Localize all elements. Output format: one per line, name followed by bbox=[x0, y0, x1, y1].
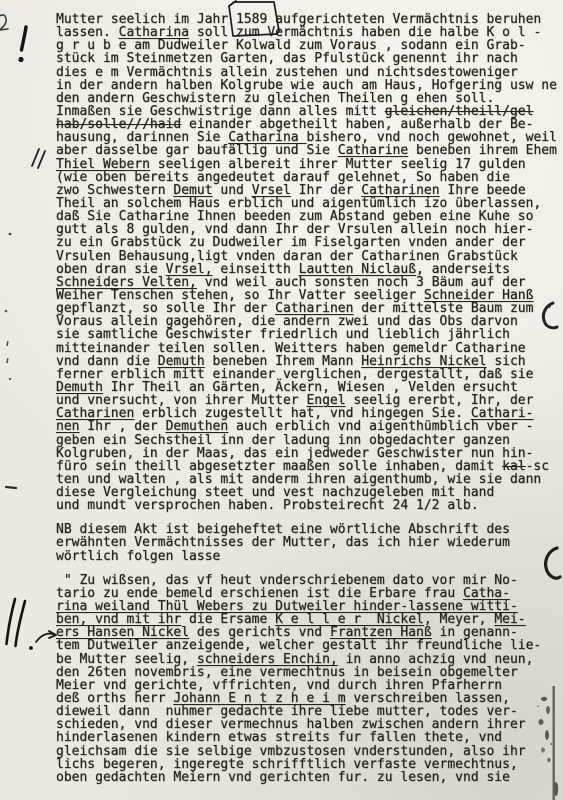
text-run: wörtlich folgen lasse bbox=[56, 549, 220, 564]
double-slash-mark bbox=[32, 149, 45, 168]
text-line: oben gedachten Meiern vnd gerichten fur.… bbox=[56, 771, 563, 784]
arrow-mark bbox=[36, 631, 56, 642]
text-block: Mutter seelich im Jahr 1589 aufgerichtet… bbox=[56, 13, 563, 784]
double-stroke-mark bbox=[7, 599, 33, 650]
text-line: und mundt versprochen haben. Probsteirec… bbox=[56, 499, 563, 512]
dash-mark bbox=[6, 487, 16, 488]
dot-marks bbox=[5, 233, 12, 381]
text-run: oben gedachten Meiern vnd gerichten fur.… bbox=[56, 770, 510, 785]
scanned-document-page: Mutter seelich im Jahr 1589 aufgerichtet… bbox=[0, 0, 563, 800]
exclamation-mark bbox=[18, 27, 26, 62]
text-run: und mundt versprochen haben. Probsteirec… bbox=[56, 498, 479, 513]
text-line: wörtlich folgen lasse bbox=[56, 550, 563, 563]
partial-numeral-mark bbox=[0, 15, 8, 30]
